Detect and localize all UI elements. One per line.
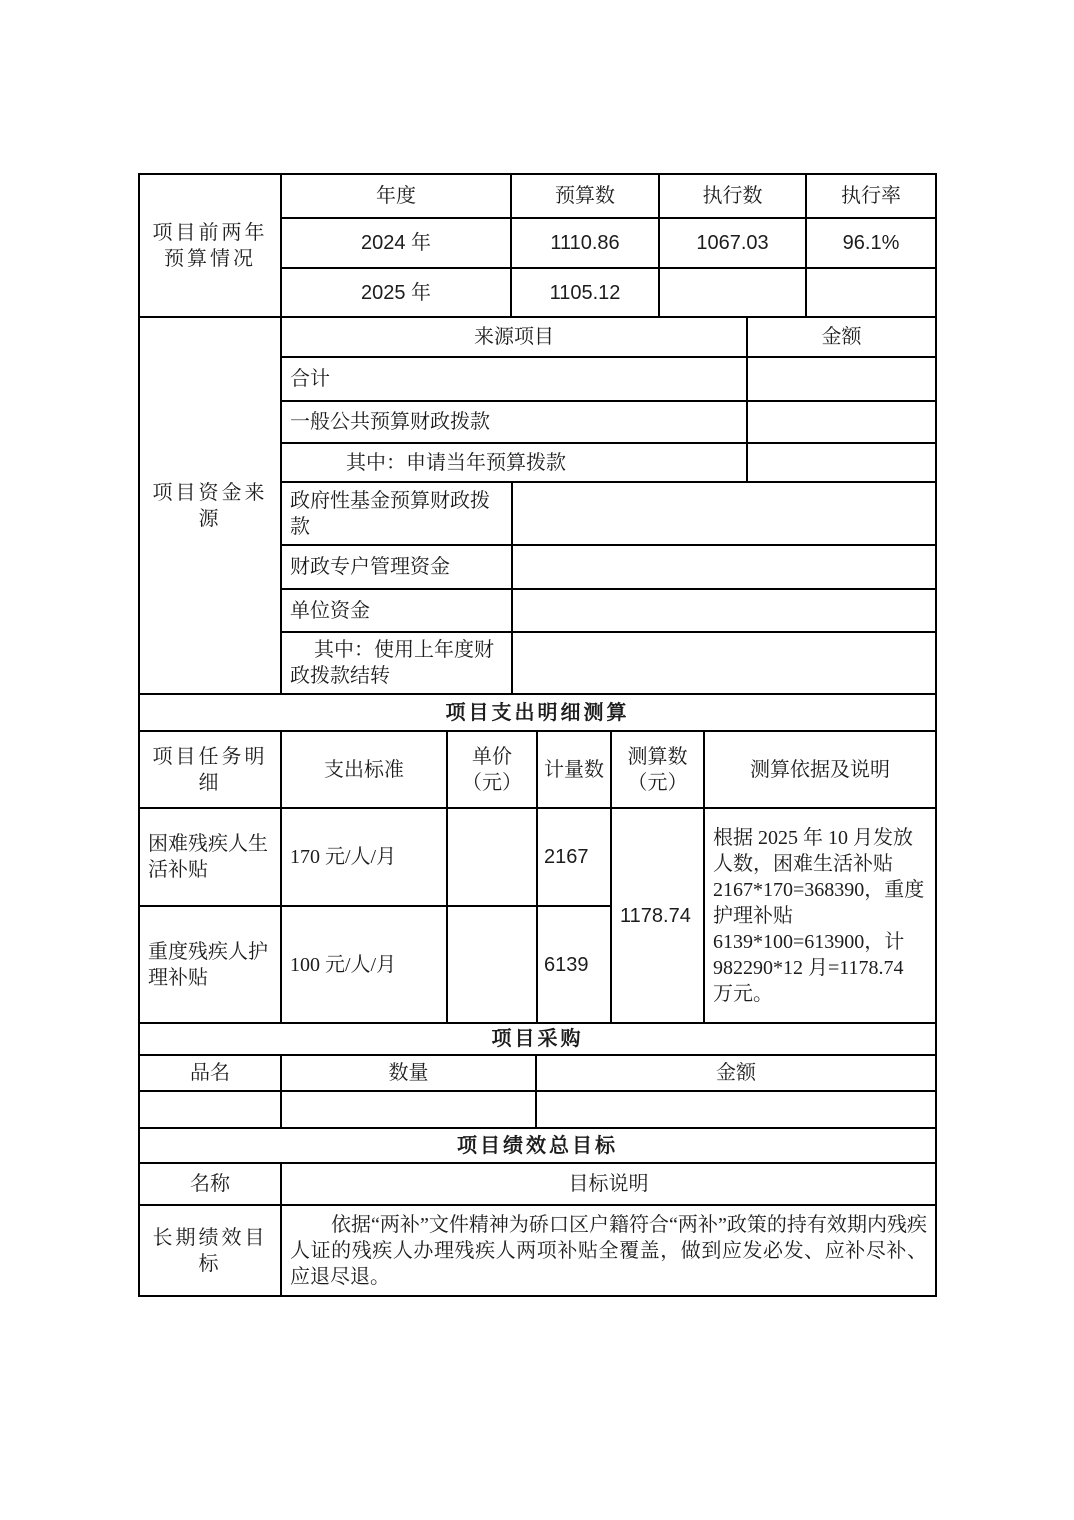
long-term-goal-description: 依据“两补”文件精神为硚口区户籍符合“两补”政策的持有效期内残疾人证的残疾人办理… [281, 1205, 936, 1296]
budget-amount-header: 预算数 [511, 174, 659, 218]
document-page: 项目前两年预算情况 年度 预算数 执行数 执行率 2024 年 1110.86 … [0, 0, 1074, 1520]
executed-2025-cell [659, 268, 806, 317]
funding-row-general-amount [747, 401, 936, 443]
funding-row-unit-funds-amount [512, 589, 936, 632]
budget-2025-cell: 1105.12 [511, 268, 659, 317]
procurement-section-title: 项目采购 [139, 1023, 936, 1055]
quantity-living-cell: 2167 [537, 808, 611, 906]
executed-amount-header: 执行数 [659, 174, 806, 218]
calc-basis-cell: 根据 2025 年 10 月发放人数，困难生活补贴 2167*170=36839… [704, 808, 936, 1023]
procurement-item-name-cell [139, 1091, 281, 1128]
rate-2024-cell: 96.1% [806, 218, 936, 268]
calc-basis-header: 测算依据及说明 [704, 731, 936, 808]
long-term-goal-label: 长期绩效目标 [139, 1205, 281, 1296]
quantity-header: 计量数 [537, 731, 611, 808]
estimate-amount-header: 测算数（元） [611, 731, 704, 808]
funding-row-current-year-amount [747, 443, 936, 482]
funding-row-unit-funds-label: 单位资金 [281, 589, 512, 632]
year-header: 年度 [281, 174, 511, 218]
task-living-subsidy-cell: 困难残疾人生活补贴 [139, 808, 281, 906]
procurement-amount-cell [536, 1091, 936, 1128]
funding-row-fiscal-account-label: 财政专户管理资金 [281, 545, 512, 589]
task-detail-header: 项目任务明细 [139, 731, 281, 808]
funding-row-gov-fund-label: 政府性基金预算财政拨款 [281, 482, 512, 545]
performance-goal-table: 项目绩效总目标 名称 目标说明 长期绩效目标 依据“两补”文件精神为硚口区户籍符… [138, 1127, 937, 1297]
year-2024-cell: 2024 年 [281, 218, 511, 268]
funding-source-table: 项目资金来源 来源项目 金额 合计 一般公共预算财政拨款 其中：申请当年预算拨款… [138, 316, 937, 695]
funding-row-general-label: 一般公共预算财政拨款 [281, 401, 747, 443]
source-item-header: 来源项目 [281, 317, 747, 357]
standard-nursing-subsidy-cell: 100 元/人/月 [281, 906, 447, 1023]
amount-header: 金额 [747, 317, 936, 357]
item-name-header: 品名 [139, 1055, 281, 1091]
funding-section-label: 项目资金来源 [139, 317, 281, 694]
budget-2024-cell: 1110.86 [511, 218, 659, 268]
prior-budget-table: 项目前两年预算情况 年度 预算数 执行数 执行率 2024 年 1110.86 … [138, 173, 937, 318]
estimate-total-cell: 1178.74 [611, 808, 704, 1023]
unit-price-header: 单价（元） [447, 731, 537, 808]
year-2025-cell: 2025 年 [281, 268, 511, 317]
quantity-nursing-cell: 6139 [537, 906, 611, 1023]
amount-col-header: 金额 [536, 1055, 936, 1091]
execution-rate-header: 执行率 [806, 174, 936, 218]
goal-name-header: 名称 [139, 1163, 281, 1205]
funding-row-total-amount [747, 357, 936, 401]
quantity-col-header: 数量 [281, 1055, 536, 1091]
task-nursing-subsidy-cell: 重度残疾人护理补贴 [139, 906, 281, 1023]
goal-description-header: 目标说明 [281, 1163, 936, 1205]
procurement-table: 项目采购 品名 数量 金额 [138, 1022, 937, 1129]
expense-standard-header: 支出标准 [281, 731, 447, 808]
standard-living-subsidy-cell: 170 元/人/月 [281, 808, 447, 906]
unit-price-nursing-cell [447, 906, 537, 1023]
funding-row-fiscal-account-amount [512, 545, 936, 589]
funding-row-gov-fund-amount [512, 482, 936, 545]
budget-document-table: 项目前两年预算情况 年度 预算数 执行数 执行率 2024 年 1110.86 … [138, 173, 935, 1297]
executed-2024-cell: 1067.03 [659, 218, 806, 268]
expense-detail-table: 项目支出明细测算 项目任务明细 支出标准 单价（元） 计量数 测算数（元） 测算… [138, 693, 937, 1024]
procurement-quantity-cell [281, 1091, 536, 1128]
funding-row-total-label: 合计 [281, 357, 747, 401]
expense-detail-section-title: 项目支出明细测算 [139, 694, 936, 731]
funding-row-current-year-label: 其中：申请当年预算拨款 [281, 443, 747, 482]
unit-price-living-cell [447, 808, 537, 906]
prior-budget-section-label: 项目前两年预算情况 [139, 174, 281, 317]
funding-row-carryover-amount [512, 632, 936, 694]
funding-row-carryover-label: 其中：使用上年度财政拨款结转 [281, 632, 512, 694]
rate-2025-cell [806, 268, 936, 317]
performance-section-title: 项目绩效总目标 [139, 1128, 936, 1163]
